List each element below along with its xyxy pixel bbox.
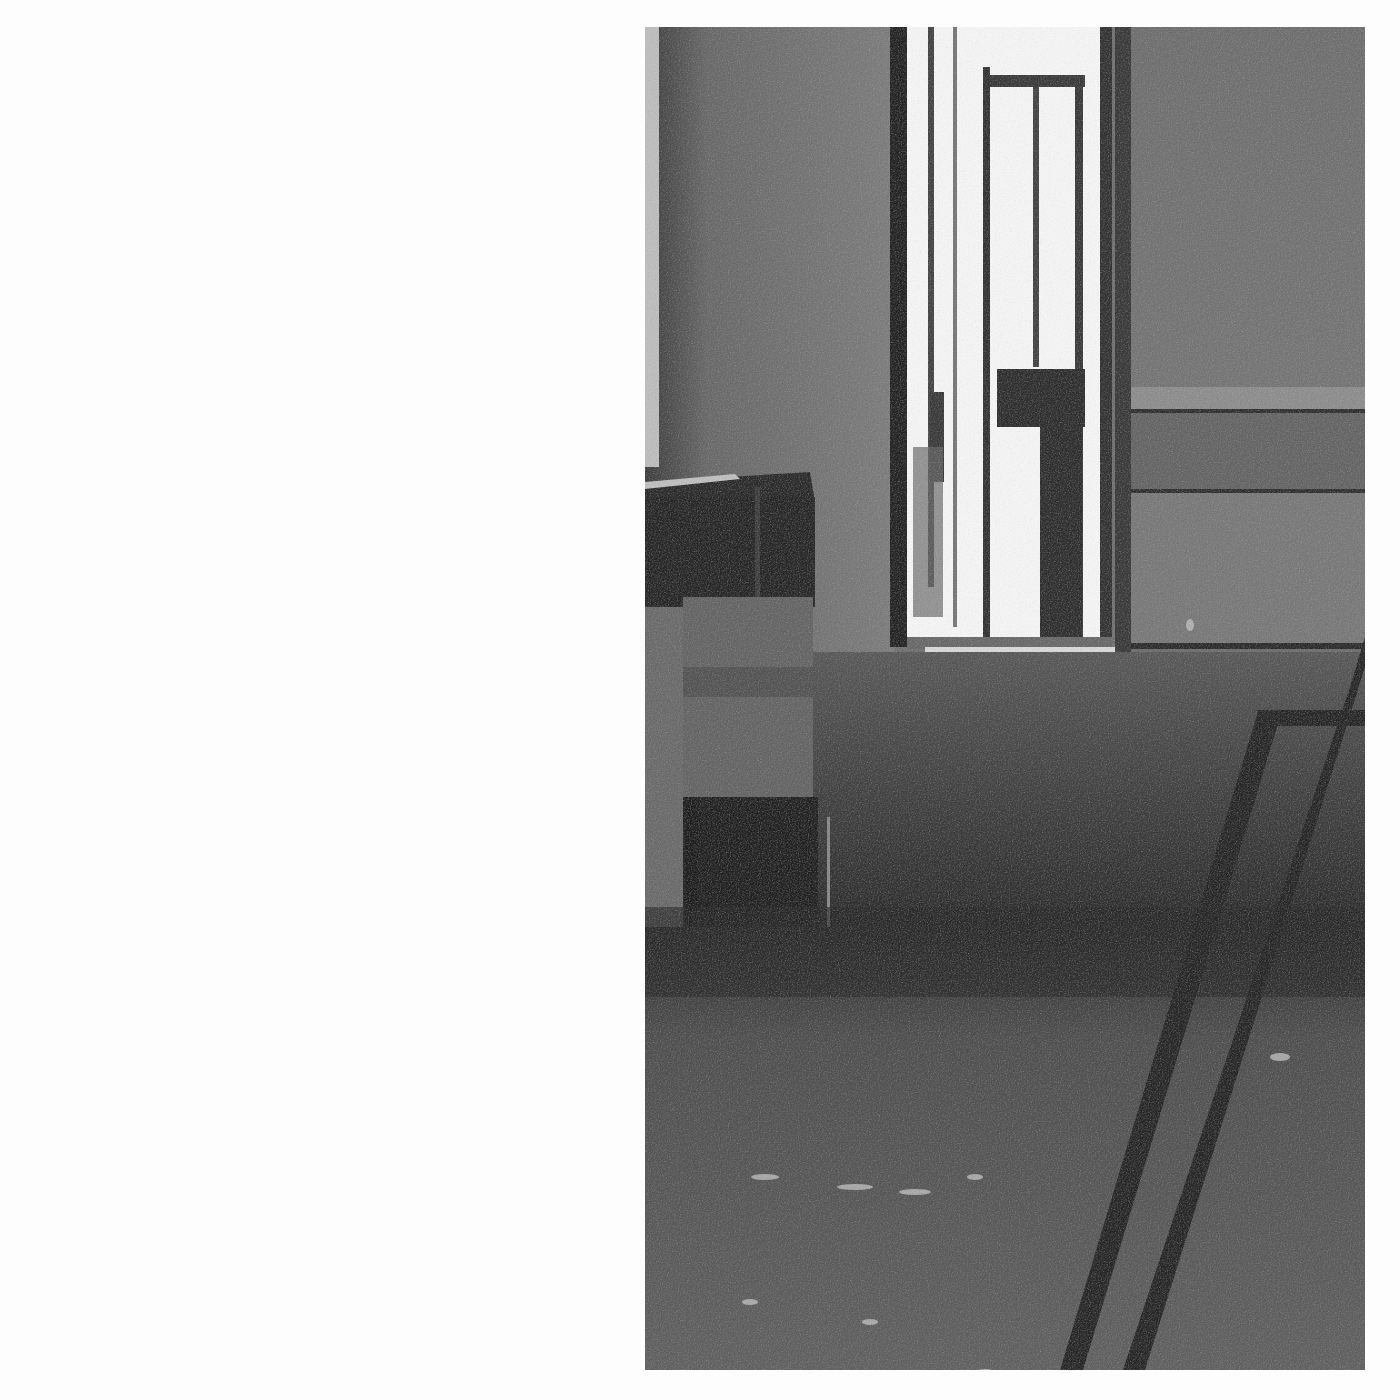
lower-wall — [805, 652, 1365, 927]
window-sill — [925, 647, 1115, 652]
bw-room-photograph — [645, 27, 1365, 1370]
bright-window-with-peeling-frame — [890, 27, 1112, 667]
blank-margin — [0, 0, 644, 1400]
page-canvas — [0, 0, 1400, 1400]
